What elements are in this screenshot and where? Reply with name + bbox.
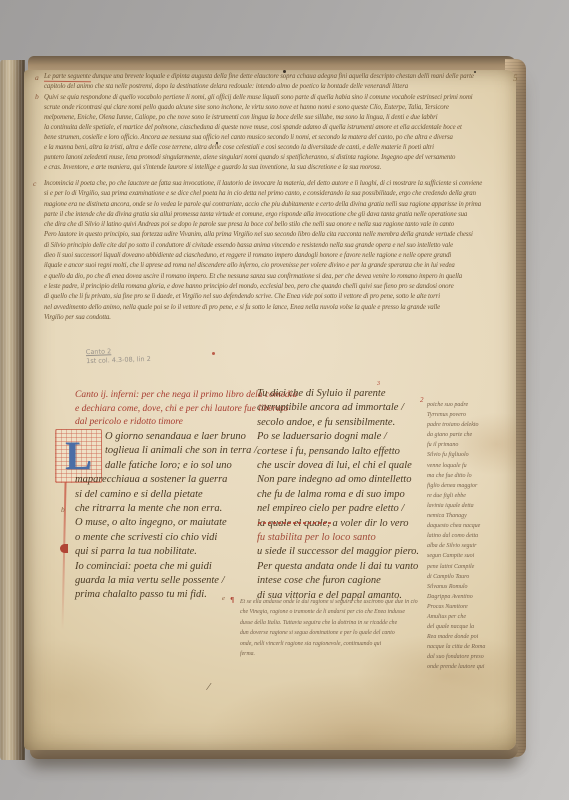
text-line: nel avvedimento dello animo, nella quale…: [44, 303, 482, 313]
gloss-line: Amulius per che: [427, 612, 485, 622]
pen-slash-mark: /: [206, 682, 211, 693]
verse-line: Tu dici che di Syluio il parente: [257, 387, 419, 401]
text-line: capitolo del animo che sta nelle postrem…: [44, 82, 474, 92]
pencil-line-2: 1st col. 4.3-08, lin 2: [86, 355, 151, 366]
gloss-line: dal suo fondatore preso: [427, 652, 485, 662]
verse-line: Per questa andata onde li dai tu vanto: [257, 560, 419, 574]
text-line: la continuita delle spetiale, el martice…: [44, 123, 473, 133]
gloss-line: daquesto chea nacque: [427, 521, 485, 531]
text-line: magione era ne distineta ancora, onde se…: [44, 200, 482, 210]
gloss-line: Et se ella andasse onde le dui ragione s…: [240, 597, 418, 607]
text-line: e la manna beni, altra la tristi, altra …: [44, 143, 473, 153]
verse-line: che uscir dovea di lui, el chi el quale: [257, 459, 419, 473]
gloss-line: poiche suo padre: [427, 400, 485, 410]
gloss-line: del quale nacque la: [427, 622, 485, 632]
gloss-line: Tyrrenus povero: [427, 410, 485, 420]
verse-column-left: O giorno senandaua e laer brunotoglieua …: [75, 430, 257, 603]
gloss-line: padre troiano delekto: [427, 420, 485, 430]
text-line: Pero lautore in questo principio, sua fo…: [44, 230, 482, 240]
gloss-line: da giano parte che: [427, 430, 485, 440]
text-line: Quivi se quia respondone di quello vocab…: [44, 93, 473, 103]
gloss-line: re due figli ebbe: [427, 491, 485, 501]
red-paraph-mark: [60, 544, 68, 553]
gloss-line: Silvanus Romulo: [427, 582, 485, 592]
text-line: che dira che di Silvio il latino quivi A…: [44, 220, 482, 230]
verse-line: maparecchiaua a sostener la guerra: [75, 473, 257, 487]
facing-page-edge: [0, 60, 25, 760]
gloss-line: onde, nelli vincerli ragione sia ragione…: [240, 639, 418, 649]
gloss-line: alba de Silvio seguir: [427, 541, 485, 551]
gloss-line: ferma.: [240, 649, 418, 659]
gloss-line: dun doverse ragione si segua dominatione…: [240, 628, 418, 638]
text-line: e cras. Inventore, e arte maniera, qui s…: [44, 163, 473, 173]
text-line: ilquale e ancor suoi regni molti, che li…: [44, 261, 482, 271]
text-line: di Silvio principio delle cite dal po so…: [44, 241, 482, 251]
gloss-line: Dagrippa Aventino: [427, 592, 485, 602]
ink-speck: [474, 71, 476, 73]
text-line: Virgilio per sua condotta.: [44, 313, 482, 323]
gloss-line: che Vinegia, ragione o tramonte de li an…: [240, 607, 418, 617]
gloss-line: ma che fue ditto lo: [427, 471, 485, 481]
verse-line: si del camino e si della pietate: [75, 488, 257, 502]
text-line: puntero lanoni zeledenti muse, lena prom…: [44, 153, 473, 163]
verse-line: intese cose che furon cagione: [257, 574, 419, 588]
verse-line: che ritrarra la mente che non erra.: [75, 502, 257, 516]
photo-background: 5 a b c Le parte seguente dunque una bre…: [0, 0, 569, 800]
commentary-paragraph-b: Quivi se quia respondone di quello vocab…: [44, 93, 473, 173]
gloss-line: Silvio fu figliuolo: [427, 450, 485, 460]
manuscript-page: 5 a b c Le parte seguente dunque una bre…: [24, 70, 516, 750]
text-line: scrute onde ricontrasi qui clare nomi pe…: [44, 103, 473, 113]
text-line: Incomincia il poeta che, po che lauctore…: [44, 179, 482, 189]
verse-line: Non pare indegno ad omo dintelletto: [257, 473, 419, 487]
red-numeral-2: 2: [420, 397, 424, 404]
verse-line: Po se laduersario dogni male /: [257, 430, 419, 444]
verse-line: qui si parra la tua nobilitate.: [75, 545, 257, 559]
gloss-line: nemica Thanagy: [427, 511, 485, 521]
text-line: melpomene, Eniche, Olena Iunne, Caliope,…: [44, 113, 473, 123]
gloss-line: fu il primano: [427, 440, 485, 450]
gloss-line: Rea madre donde poi: [427, 632, 485, 642]
pencil-annotation: Canto 2 1st col. 4.3-08, lin 2: [86, 346, 151, 366]
paraph-symbol: ¶: [230, 597, 234, 604]
verse-line: Io cominciai: poeta che mi guidi: [75, 560, 257, 574]
gloss-line: venne loquale fu: [427, 461, 485, 471]
margin-letter-a: a: [35, 74, 39, 82]
verse-line: o mente che scrivesti cio chio vidi: [75, 531, 257, 545]
verse-line: corruptibile ancora ad immortale /: [257, 401, 419, 415]
verse-line: guarda la mia vertu selle possente /: [75, 574, 257, 588]
verse-line: O muse, o alto ingegno, or maiutate: [75, 516, 257, 530]
folio-number: 5: [513, 74, 518, 83]
commentary-paragraph-c: Incomincia il poeta che, po che lauctore…: [44, 179, 482, 323]
gloss-line: lavinia iquale detta: [427, 501, 485, 511]
text-line: e leste padre, il principio della romana…: [44, 282, 482, 292]
text-line: e quello da dio, po che di enea dovea us…: [44, 272, 482, 282]
verse-line: cortese i fu, pensando lalto effetto: [257, 445, 419, 459]
red-squiggle-underline: [258, 522, 332, 524]
gloss-line: figlio denea maggior: [427, 481, 485, 491]
text-line: bene strumen, cosielle e loro officio. A…: [44, 133, 473, 143]
verse-line: O giorno senandaua e laer bruno: [75, 430, 257, 444]
gloss-line: di Campilo Tauro: [427, 572, 485, 582]
gloss-line: pene latini Campile: [427, 562, 485, 572]
verse-line: nel empireo cielo per padre eletto /: [257, 502, 419, 516]
gloss-line: Procas Numitore: [427, 602, 485, 612]
verse-line: che fu de lalma roma e di suo impo: [257, 488, 419, 502]
margin-letter-verse-b: b: [61, 506, 65, 514]
margin-letter-e: e: [222, 596, 225, 603]
verse-column-right: Tu dici che di Syluio il parentecorrupti…: [257, 387, 419, 603]
gloss-line: segun Campite suoi: [427, 551, 485, 561]
gloss-line: onde prende lautore qui: [427, 662, 485, 672]
margin-letter-c: c: [33, 180, 36, 188]
verse-line: u siede il successor del maggior piero.: [257, 545, 419, 559]
verse-line: toglieua li animali che son in terra /: [75, 444, 257, 458]
gloss-line: nacque la citta de Roma: [427, 642, 485, 652]
verse-line: secolo andoe, e fu sensibilmente.: [257, 416, 419, 430]
text-line: si e per lo di Virgilio, sua prima exami…: [44, 189, 482, 199]
ink-speck: [283, 70, 286, 73]
verse-line: fu stabilita per lo loco santo: [257, 531, 419, 545]
text-line: parte il che intende che da divina grati…: [44, 210, 482, 220]
ink-speck: [216, 142, 218, 144]
marginal-gloss-column: poiche suo padreTyrrenus poveropadre tro…: [427, 400, 485, 673]
bottom-gloss-note: Et se ella andasse onde le dui ragione s…: [240, 597, 418, 659]
text-line: di quello che li fu privato, sia fine pr…: [44, 292, 482, 302]
verse-line: dalle fatiche loro; e io sol uno: [75, 459, 257, 473]
text-line: dieo li suoi successori liquali doveano …: [44, 251, 482, 261]
gloss-line: latino dal como detta: [427, 531, 485, 541]
commentary-paragraph-a: Le parte seguente dunque una brevete loq…: [44, 72, 474, 92]
text-line: Le parte seguente dunque una brevete loq…: [44, 72, 474, 82]
margin-letter-b: b: [35, 93, 39, 101]
red-dot-mark: [212, 352, 215, 355]
gloss-line: dusse della Italia. Tuttavia seguira che…: [240, 618, 418, 628]
